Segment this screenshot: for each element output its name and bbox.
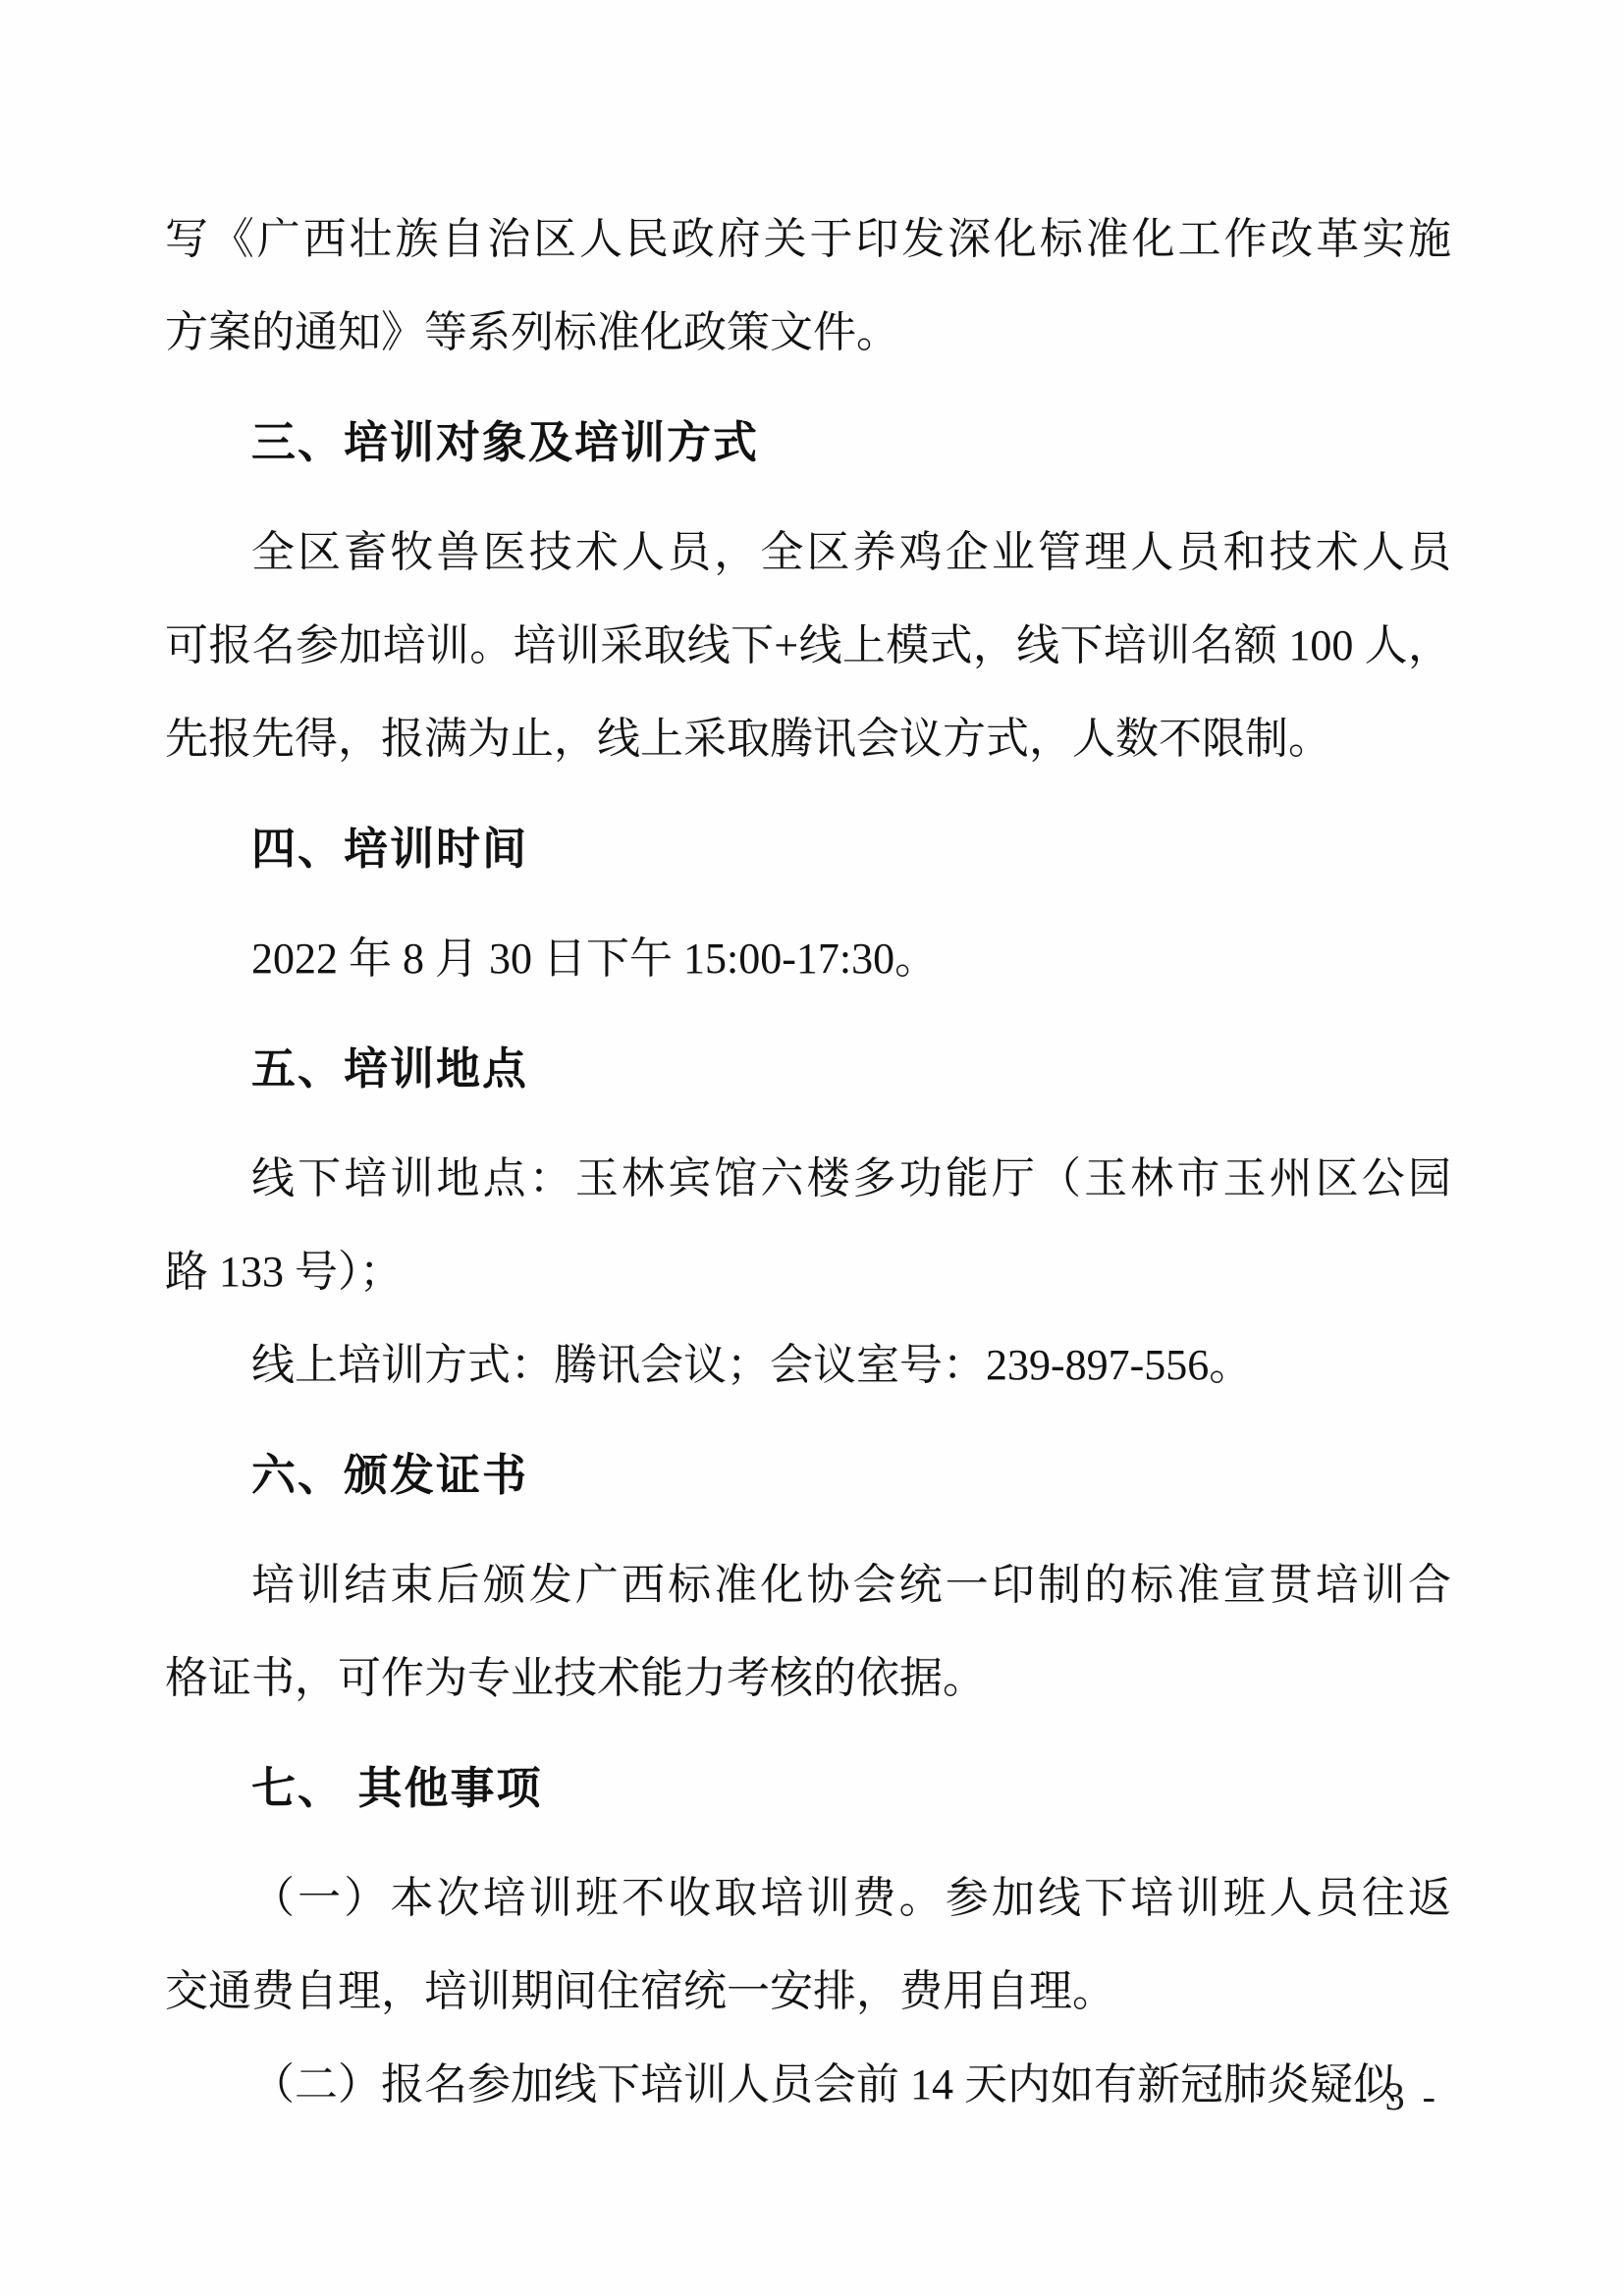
heading-training-targets: 三、培训对象及培训方式 [165, 396, 1451, 489]
text-line: 交通费自理，培训期间住宿统一安排，费用自理。 [165, 1945, 1451, 2038]
text-line: 写《广西壮族自治区人民政府关于印发深化标准化工作改革实施 [165, 192, 1451, 286]
text-line: （一）本次培训班不收取培训费。参加线下培训班人员往返 [165, 1851, 1451, 1945]
text-line: 方案的通知》等系列标准化政策文件。 [165, 286, 1451, 379]
paragraph-training-targets: 全区畜牧兽医技术人员，全区养鸡企业管理人员和技术人员 可报名参加培训。培训采取线… [165, 506, 1451, 785]
heading-certificate: 六、颁发证书 [165, 1428, 1451, 1522]
heading-training-time: 四、培训时间 [165, 802, 1451, 895]
paragraph-offline-location: 线下培训地点：玉林宾馆六楼多功能厅（玉林市玉州区公园 路 133 号）； [165, 1132, 1451, 1318]
document-page: 写《广西壮族自治区人民政府关于印发深化标准化工作改革实施 方案的通知》等系列标准… [0, 0, 1624, 2296]
paragraph-certificate: 培训结束后颁发广西标准化协会统一印制的标准宣贯培训合 格证书，可作为专业技术能力… [165, 1538, 1451, 1725]
heading-other-matters: 七、 其他事项 [165, 1741, 1451, 1835]
page-number: - 3 - [1354, 2073, 1439, 2120]
text-line: 可报名参加培训。培训采取线下+线上模式，线下培训名额 100 人， [165, 599, 1451, 692]
text-line: 2022 年 8 月 30 日下午 15:00-17:30。 [165, 912, 1451, 1005]
text-line: 格证书，可作为专业技术能力考核的依据。 [165, 1631, 1451, 1725]
paragraph-other-matters-1: （一）本次培训班不收取培训费。参加线下培训班人员往返 交通费自理，培训期间住宿统… [165, 1851, 1451, 2038]
heading-training-location: 五、培训地点 [165, 1022, 1451, 1115]
paragraph-other-matters-2: （二）报名参加线下培训人员会前 14 天内如有新冠肺炎疑似 [165, 2038, 1451, 2131]
text-line: 线下培训地点：玉林宾馆六楼多功能厅（玉林市玉州区公园 [165, 1132, 1451, 1225]
text-line: 路 133 号）； [165, 1225, 1451, 1318]
text-line: （二）报名参加线下培训人员会前 14 天内如有新冠肺炎疑似 [165, 2038, 1451, 2131]
text-line: 全区畜牧兽医技术人员，全区养鸡企业管理人员和技术人员 [165, 506, 1451, 599]
paragraph-online-method: 线上培训方式：腾讯会议；会议室号：239-897-556。 [165, 1318, 1451, 1412]
document-body: 写《广西壮族自治区人民政府关于印发深化标准化工作改革实施 方案的通知》等系列标准… [165, 192, 1451, 2131]
paragraph-policy-files: 写《广西壮族自治区人民政府关于印发深化标准化工作改革实施 方案的通知》等系列标准… [165, 192, 1451, 379]
text-line: 线上培训方式：腾讯会议；会议室号：239-897-556。 [165, 1318, 1451, 1412]
text-line: 先报先得，报满为止，线上采取腾讯会议方式，人数不限制。 [165, 692, 1451, 785]
paragraph-training-time: 2022 年 8 月 30 日下午 15:00-17:30。 [165, 912, 1451, 1005]
text-line: 培训结束后颁发广西标准化协会统一印制的标准宣贯培训合 [165, 1538, 1451, 1631]
